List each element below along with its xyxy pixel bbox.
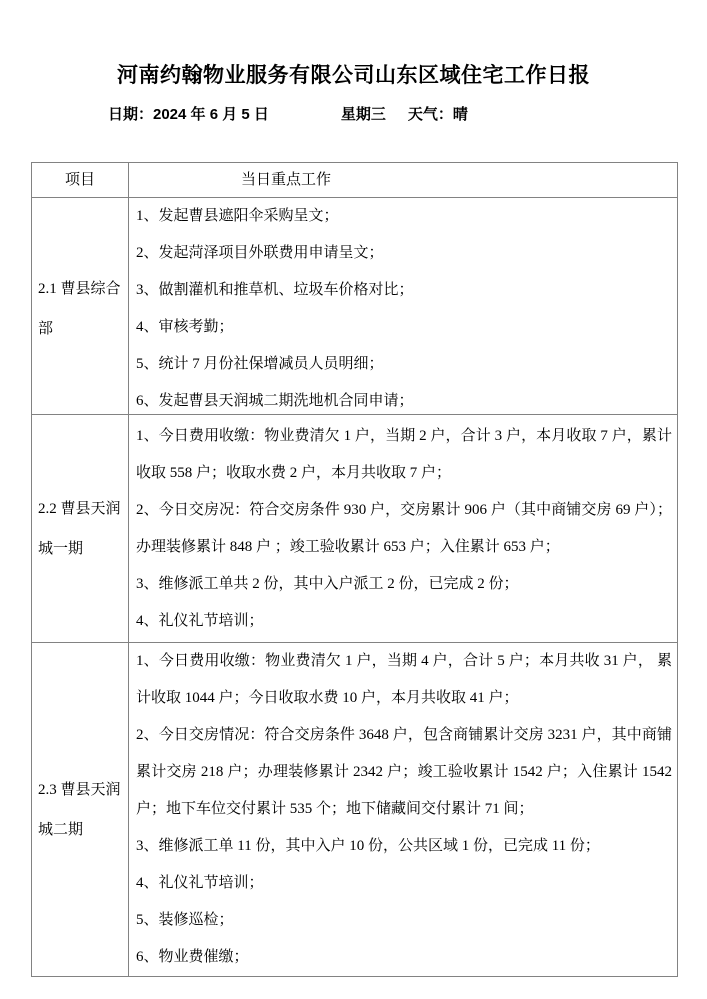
work-item: 4、礼仪礼节培训； — [136, 603, 672, 640]
table-row: 2.2 曹县天润城一期 1、今日费用收缴：物业费清欠 1 户，当期 2 户，合计… — [32, 414, 677, 642]
report-meta: 日期：2024 年 6 月 5 日星期三天气：晴 — [108, 104, 707, 126]
date-field: 日期：2024 年 6 月 5 日 — [108, 106, 269, 123]
weekday-field: 星期三 — [341, 106, 386, 123]
work-item: 1、今日费用收缴：物业费清欠 1 户，当期 4 户，合计 5 户；本月共收 31… — [136, 643, 672, 717]
work-item: 2、今日交房情况：符合交房条件 3648 户，包含商铺累计交房 3231 户，其… — [136, 717, 672, 828]
work-item: 3、做割灌机和推草机、垃圾车价格对比； — [136, 272, 672, 309]
work-item: 3、维修派工单共 2 份，其中入户派工 2 份，已完成 2 份； — [136, 566, 672, 603]
weather-field: 天气：晴 — [408, 106, 468, 123]
row-label-caoxian-zonghebu: 2.1 曹县综合部 — [32, 198, 129, 420]
report-title: 河南约翰物业服务有限公司山东区域住宅工作日报 — [0, 0, 707, 92]
work-item: 5、统计 7 月份社保增减员人员明细； — [136, 346, 672, 383]
work-items-cell: 1、今日费用收缴：物业费清欠 1 户，当期 2 户，合计 3 户，本月收取 7 … — [129, 415, 677, 642]
work-item: 2、发起菏泽项目外联费用申请呈文； — [136, 235, 672, 272]
table-row: 2.1 曹县综合部 1、发起曹县遮阳伞采购呈文； 2、发起菏泽项目外联费用申请呈… — [32, 197, 677, 414]
work-item: 3、维修派工单 11 份，其中入户 10 份，公共区域 1 份，已完成 11 份… — [136, 828, 672, 865]
row-label-tianruncheng-yiqi: 2.2 曹县天润城一期 — [32, 415, 129, 642]
table-header-row: 项目 当日重点工作 — [32, 163, 677, 197]
work-item: 1、今日费用收缴：物业费清欠 1 户，当期 2 户，合计 3 户，本月收取 7 … — [136, 418, 672, 492]
column-header-work: 当日重点工作 — [129, 163, 677, 197]
work-items-cell: 1、发起曹县遮阳伞采购呈文； 2、发起菏泽项目外联费用申请呈文； 3、做割灌机和… — [129, 198, 677, 420]
table-row: 2.3 曹县天润城二期 1、今日费用收缴：物业费清欠 1 户，当期 4 户，合计… — [32, 642, 677, 976]
column-header-project: 项目 — [32, 163, 129, 197]
work-item: 4、审核考勤； — [136, 309, 672, 346]
work-items-cell: 1、今日费用收缴：物业费清欠 1 户，当期 4 户，合计 5 户；本月共收 31… — [129, 643, 677, 976]
work-item: 1、发起曹县遮阳伞采购呈文； — [136, 198, 672, 235]
work-item: 2、今日交房况：符合交房条件 930 户，交房累计 906 户（其中商铺交房 6… — [136, 492, 672, 566]
work-item: 5、装修巡检； — [136, 902, 672, 939]
work-item: 6、物业费催缴； — [136, 939, 672, 976]
work-item: 4、礼仪礼节培训； — [136, 865, 672, 902]
daily-report-table: 项目 当日重点工作 2.1 曹县综合部 1、发起曹县遮阳伞采购呈文； 2、发起菏… — [31, 162, 678, 977]
row-label-tianruncheng-erqi: 2.3 曹县天润城二期 — [32, 643, 129, 976]
report-page: 河南约翰物业服务有限公司山东区域住宅工作日报 日期：2024 年 6 月 5 日… — [0, 0, 707, 999]
